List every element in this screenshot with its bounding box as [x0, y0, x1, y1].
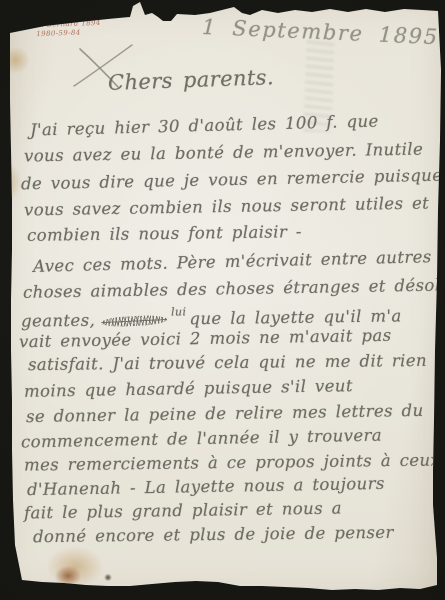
archive-mark-line3: 1980-59-84 [36, 28, 101, 39]
photo-background: Col. NYK. E. Bernard 1894 1980-59-84 1 S… [0, 0, 445, 600]
letter-line: J'ai reçu hier 30 d'août les 100 f. que [30, 111, 379, 139]
letter-line: moins que hasardé puisque s'il veut [24, 376, 353, 401]
letter-line: de vous dire que je vous en remercie pui… [21, 166, 443, 194]
paper-stain-top-left [6, 46, 30, 74]
paper-stain-left-edge [0, 163, 22, 201]
inserted-word: lui [171, 305, 187, 318]
letter-salutation: Chers parents. [108, 65, 275, 95]
letter-line: Avec ces mots. Père m'écrivait entre aut… [33, 247, 432, 276]
letter-line-start: geantes, [21, 311, 95, 331]
ink-speck [104, 574, 112, 581]
paper-stain-bottom-rust [55, 566, 81, 586]
archive-mark-line1: Col. NYK. [36, 10, 101, 21]
letter-paper: Col. NYK. E. Bernard 1894 1980-59-84 1 S… [0, 0, 445, 600]
letter-line: se donner la peine de relire mes lettres… [26, 401, 424, 426]
letter-line: d'Hanenah - La layette nous a toujours [27, 474, 385, 499]
letter-line: vous avez eu la bonté de m'envoyer. Inut… [24, 140, 423, 166]
letter-line: satisfait. J'ai trouvé cela qui ne me di… [28, 351, 427, 374]
letter-line: vous savez combien ils nous seront utile… [24, 193, 430, 219]
crossed-out-scribble [101, 314, 167, 327]
letter-line: fait le plus grand plaisir et nous a [24, 499, 342, 523]
letter-line: choses aimables des choses étranges et d… [23, 275, 445, 302]
letter-line: combien ils nous font plaisir - [27, 222, 302, 245]
letter-line: mes remerciements à ce propos joints à c… [24, 450, 440, 474]
archive-mark: Col. NYK. E. Bernard 1894 1980-59-84 [36, 10, 102, 39]
letter-line: donné encore et plus de joie de penser [33, 523, 394, 546]
paper-stain-bottom-tan [46, 546, 104, 584]
letter-line: commencement de l'année il y trouvera [21, 426, 382, 452]
letter-line-end: que la layette qu'il m'a [189, 306, 401, 328]
letter-date: 1 Septembre 1895 [202, 15, 440, 49]
